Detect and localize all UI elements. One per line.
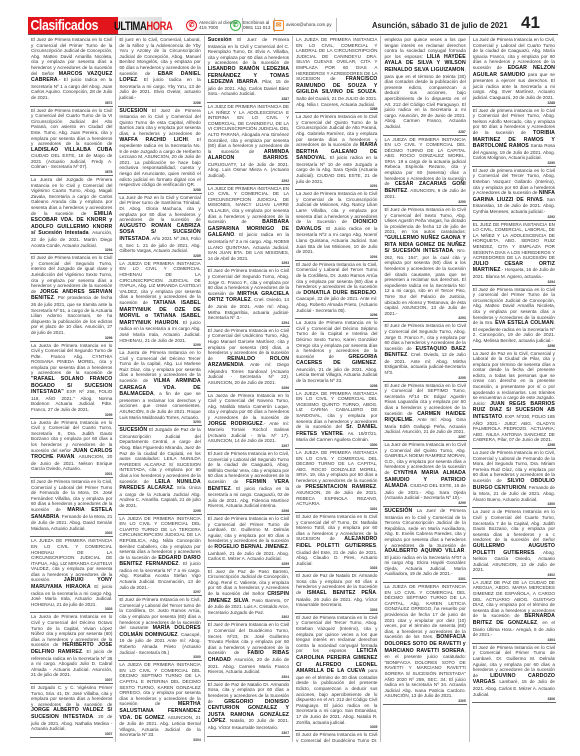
logo-hora: HORA (146, 19, 172, 33)
contact-email[interactable]: ✉ avisos@uhora.com.py (273, 17, 337, 33)
notice-code: 3303 (31, 607, 112, 611)
legal-notice: LA JUEZA DE PRIMERA INSTANCIA EN LO CIVI… (118, 260, 201, 349)
legal-notice: El Juez de Primera Instancia en lo Civil… (207, 515, 290, 568)
notice-code: 3301 (384, 577, 465, 581)
legal-notice: El Juzgado C. y C. Vigésimo Primer Turno… (30, 684, 113, 738)
legal-notice: El Juez de Primera Instancia en lo Civil… (30, 107, 113, 177)
legal-notice: La Jueza de Primera Instancia en lo Civi… (30, 419, 113, 478)
legal-notice: El Juez de Primera Instancia en lo Civil… (30, 254, 113, 341)
notice-code: 3286 (119, 101, 200, 105)
notice-text: para que en el término de 30 días contad… (296, 668, 377, 724)
legal-notice: La Juez a de Primera Instancia en lo Civ… (472, 508, 556, 579)
legal-notice: El Juez de Primera Instancia en lo Civil… (118, 596, 201, 661)
legal-notice: La Jueza de Primera Instancia en lo Civi… (118, 349, 201, 426)
legal-notice: La Juez de Paz en lo Civil y Comercial d… (118, 194, 201, 260)
legal-notice: LA JUEZA DE PRIMERA INSTANCIA EN LO CIVI… (295, 449, 378, 513)
notice-code: 3305 (296, 725, 377, 729)
notice-code: 3288 (119, 188, 200, 192)
notice-text: LA JUEZA DE PRIMERA INSTANCIA EN LO CIVI… (119, 261, 200, 305)
notice-code: 3287 (384, 130, 465, 134)
mail-icon: ✉ (273, 20, 284, 31)
notice-text: El Juzgado C. y C. Vigésimo Primer Turno… (31, 685, 112, 707)
column-3: Sucesión El Juez de Primera Instancia en… (205, 36, 293, 742)
legal-notice: El Juez de primera instancia en lo Civil… (472, 107, 556, 167)
column-4: LA JUEZA DE PRIMERA INSTANCIA EN LO CIVI… (293, 36, 381, 742)
notice-code: 3678 (31, 170, 112, 174)
notice-code: 3294 (296, 255, 377, 259)
decedent-name: LADISLAO VILLALBA CUBA (31, 147, 112, 153)
notice-lead: SUCESIÓN (384, 508, 412, 514)
notice-code: 3292 (208, 179, 289, 183)
legal-notice: El Juez de primera instancia en lo Civil… (472, 167, 556, 221)
notice-code: 3299 (31, 413, 112, 417)
legal-notice: El Juez de Primera Instancia en lo Civil… (207, 450, 290, 515)
notice-code: 3305 (384, 699, 465, 703)
legal-notice: El Juez de Primera Instancia en lo Civil… (383, 382, 466, 441)
legal-notice: La Juez de Primera Instancia en lo Civil… (295, 113, 378, 190)
notice-text: La Juez de Paz en lo Civil y Comercial d… (119, 195, 200, 222)
contact-email-value: avisos@uhora.com.py (286, 22, 332, 27)
legal-notice: empleza por quince veces a los que tenga… (383, 36, 466, 136)
notice-text: LA JUEZA DE PRIMERA INSTANCIA EN LO CIVI… (119, 516, 200, 560)
notice-text: EL JUEZ DE PRIMERA INSTANCIA EN LO CIVIL… (473, 222, 555, 261)
notice-columns: El Juez de Primera Instancia en lo Civil… (28, 36, 558, 742)
decedent-name: DONATILA DURE BERDEJO (303, 290, 376, 296)
legal-notice: El Juez de Primera Instancia en lo Civil… (207, 621, 290, 680)
legal-notice: Sucesión El Juez de Primera Instancia en… (207, 36, 290, 103)
notice-code: 3296 (296, 313, 377, 317)
notice-code: 3301 (31, 472, 112, 476)
notice-code: 3300 (119, 655, 200, 659)
legal-notice: La Juez de Primera Instancia en lo Civil… (295, 190, 378, 261)
divider (336, 18, 337, 32)
page-number: 41 (521, 13, 540, 33)
notice-code: 3290 (384, 200, 465, 204)
notice-text: , Nro. 262, No. 154", por la cual cita y… (384, 248, 465, 316)
notice-code: 3288 (296, 107, 377, 111)
legal-notice: LA JUEZ DE PAZ DE LA CIUDAD DE AREGUA, A… (472, 579, 556, 644)
notice-text: , para que en el término de treinta (30)… (384, 67, 465, 129)
legal-notice: El Juez de Primera Instancia en lo Civil… (295, 513, 378, 572)
notice-text: La Juez de Primera Instancia en lo Civil… (384, 508, 465, 548)
notice-lead: Sucesión (208, 37, 232, 43)
legal-notice: SUCESIÓN La Juez de Primera Instancia en… (383, 507, 466, 583)
page-header: Clasificados ULTIMAHORA ✆ Atención al cl… (0, 0, 580, 34)
legal-notice: LA JUEZA DE PRIMERA INSTANCIA EN LO CIVI… (295, 390, 378, 449)
legal-notice: El Juez de Primera Instancia en lo Civil… (472, 644, 556, 703)
notice-code: 3294 (473, 280, 555, 284)
contact-whatsapp-value: 0981 111 013 (243, 25, 270, 30)
legal-notice: LA JUEZA DE PRIMERA INSTANCIA EN LO CIVI… (383, 136, 466, 207)
legal-notice: La Jueza de Primera Instancia en lo Civi… (295, 319, 378, 390)
whatsapp-icon: ✆ (230, 20, 241, 31)
notice-code: 3297 (208, 444, 289, 448)
legal-notice: LA JUEZ DE PRIMERA INSTANCIA DE LA NIÑEZ… (207, 103, 290, 185)
legal-notice: El Juez de Paz de Natalio Dr. Armando So… (207, 681, 290, 737)
legal-notice: El Juez de Primera Instancia en lo Civil… (472, 286, 556, 350)
decedent-name: ROGELIO BERNAL JIMENEZ (214, 544, 287, 550)
notice-code: 3287 (208, 97, 289, 101)
notice-text: LA JUEZA DE PRIMERA INSTANCIA EN LO CIVI… (119, 662, 200, 706)
section-title: Clasificados (28, 17, 113, 34)
notice-code: 3299 (384, 501, 465, 505)
phone-icon: ✆ (186, 20, 197, 31)
notice-text: LA JUEZA DE PRIMERA INSTANCIA EN LO CIVI… (296, 37, 377, 81)
legal-notice: El Juez de Primera Instancia en lo Civil… (295, 614, 378, 731)
notice-code: 3297 (384, 435, 465, 439)
notice-text: . Por providencia de fecha 26 de julio 2… (31, 295, 112, 335)
notice-code: 3298 (473, 443, 555, 447)
notice-code: 3290 (473, 161, 555, 165)
column-2: El juez en lo Civil, Comercial, Laboral,… (116, 36, 204, 742)
legal-notice: El Juez de Primera Instancia en lo Civil… (207, 327, 290, 392)
legal-notice: SUCESIÓN El Juzgado de Paz de la Circuns… (118, 426, 201, 514)
notice-text: La Juez a de Primera Instancia en lo Civ… (473, 509, 555, 542)
notice-text: . El expediente radica en la Secretaría … (119, 137, 200, 188)
notice-text: El Juez de Primera Instancia en lo Civil… (384, 207, 465, 234)
legal-notice: La JUEZA DE PRIMERA INSTANCIA EN LO CIVI… (383, 583, 466, 705)
notice-code: 3290 (119, 343, 200, 347)
contact-phone-value: 415 7000 (199, 25, 218, 30)
legal-notice: El Juez de Primera Instancia en lo Civil… (207, 267, 290, 326)
notice-code: 3291 (296, 184, 377, 188)
notice-code: 3300 (296, 443, 377, 447)
legal-notice: La Jueza de Primera Instancia en lo Civi… (30, 613, 113, 684)
legal-notice: El Juez de Paz de Natalio Dr. Armando So… (295, 572, 378, 614)
decedent-name: WAFFA RACHID LICHI (119, 137, 188, 143)
notice-lead: SUCESION (119, 108, 147, 114)
notice-text: La Jueza de Primera Instancia en lo Civi… (31, 343, 112, 376)
logo-ultima: ULTIMA (114, 19, 146, 33)
notice-code: 3300 (473, 502, 555, 506)
notice-code: 3301 (296, 507, 377, 511)
legal-notice: SUCESION El Juez de Primera Instancia en… (118, 107, 201, 194)
notice-code: 3297 (119, 590, 200, 594)
notice-code: 3672 (31, 101, 112, 105)
notice-code: 3303 (296, 566, 377, 570)
notice-text: CIUDAD DEL ESTE, 18 de Mayo de 2021 (Act… (31, 153, 112, 169)
legal-notice: La Juez de Primera Instancia en lo Civil… (472, 36, 556, 107)
notice-text: El Juzgado de Paz de la Circunscripción … (119, 427, 200, 483)
notice-text: El Juez de Primera Instancia en lo Civil… (31, 108, 112, 147)
notice-code: 3289 (119, 254, 200, 258)
notice-text: , en el presente juicio caratulado: "BON… (384, 648, 465, 699)
decedent-name: EVA ESTELA COLMAN (495, 320, 554, 326)
legal-notice: El Juez de Paz de Paso Barreto, Circunsc… (207, 568, 290, 622)
notice-code: 3302 (473, 573, 555, 577)
decedent-name: ADALBERTO AQUINO VILLAR (384, 548, 464, 554)
notice-text: La Jueza de Primera Instancia en lo Civi… (208, 393, 289, 420)
decedent-name: PRESENTACION RAMIREZ (305, 484, 376, 490)
notice-code: 3302 (31, 531, 112, 535)
notice-text: La Juez de Paz en lo Civil, Comercial y … (473, 351, 555, 406)
legal-notice: LA JUEZ DE PRIMERA INSTANCIA EN LO CIVIL… (207, 185, 290, 268)
column-6: La Juez de Primera Instancia en lo Civil… (470, 36, 558, 742)
notice-text: El Juez de Primera Instancia en lo Civil… (296, 732, 377, 742)
notice-text: LA JUEZA DE PRIMERA INSTANCIA EN LO CIVI… (384, 137, 465, 187)
column-1: El Juez de Primera Instancia en lo Civil… (28, 36, 116, 742)
legal-notice: El Juez de Primera Instancia en lo Civil… (30, 478, 113, 537)
notice-code: 3293 (119, 420, 200, 424)
legal-notice: La Jueza de Primera Instancia en lo Civi… (30, 342, 113, 419)
legal-notice: La Juez de Primera Instancia en lo Civil… (383, 441, 466, 507)
notice-code: 3295 (119, 509, 200, 513)
notice-code: 3306 (473, 697, 555, 701)
notice-code: 3298 (296, 384, 377, 388)
notice-text: La JUEZA DE PRIMERA INSTANCIA EN LO CIVI… (384, 584, 465, 639)
notice-code: 3304 (473, 638, 555, 642)
classifieds-page: Clasificados ULTIMAHORA ✆ Atención al cl… (0, 0, 580, 756)
notice-code: 3303 (296, 608, 377, 612)
notice-text: LA JUEZA DE PRIMERA INSTANCIA EN LO CIVI… (31, 538, 112, 582)
notice-lead: SUCESIÓN (119, 427, 147, 433)
legal-notice: LA JUEZA DE PRIMERA INSTANCIA EN LO CIVI… (295, 36, 378, 113)
notice-code: 3307 (31, 732, 112, 736)
legal-notice: LA JUEZA DE PRIMERA INSTANCIA EN LO CIVI… (118, 515, 201, 597)
notice-code: 3296 (31, 336, 112, 340)
notice-code: 3294 (208, 321, 289, 325)
notice-code: 3304 (208, 675, 289, 679)
notice-code: 3288 (473, 101, 555, 105)
legal-notice: El Juez de Primera Instancia en lo Civil… (30, 36, 113, 107)
legal-notice: El Juez de Primera Instancia en lo Civil… (383, 206, 466, 322)
legal-notice: La Jueza de Primera Instancia en lo Civi… (207, 392, 290, 450)
newspaper-logo[interactable]: ULTIMAHORA (114, 19, 172, 33)
legal-notice: El juez en lo Civil, Comercial, Laboral,… (118, 36, 201, 107)
notice-code: 3304 (119, 738, 200, 742)
column-5: empleza por quince veces a los que tenga… (381, 36, 469, 742)
notice-code: 3293 (208, 261, 289, 265)
notice-code: 3294 (31, 248, 112, 252)
decedent-name: ISMAEL BENITEZ PEÑA (307, 590, 376, 596)
dateline: Asunción, sábado 31 de julio de 2021 (372, 20, 508, 30)
header-rule (28, 34, 558, 35)
notice-code: 3299 (208, 562, 289, 566)
legal-notice: El Juez de Primera Instancia en lo Civil… (295, 261, 378, 319)
legal-notice: La Juez de Primera Instancia en lo Civil… (472, 449, 556, 508)
legal-notice: LA JUEZA DE PRIMERA INSTANCIA EN LO CIVI… (118, 661, 201, 742)
notice-code: 3293 (384, 316, 465, 320)
legal-notice: El Juez de Primera Instancia en lo Civil… (295, 731, 378, 742)
decedent-name: JORGE RODRIGUEZ (208, 421, 263, 427)
notice-code: 3302 (208, 615, 289, 619)
notice-code: 3296 (473, 344, 555, 348)
contact-whatsapp[interactable]: ✆ Escríbinos al0981 111 013 (230, 17, 275, 33)
legal-notice: La Juez de Paz en lo Civil, Comercial y … (472, 350, 556, 450)
legal-notice: El Juez de Primera Instancia en lo Civil… (383, 322, 466, 381)
notice-code: 3292 (473, 215, 555, 219)
legal-notice: LA JUEZA DE PRIMERA INSTANCIA EN LO CIVI… (30, 537, 113, 613)
legal-notice: EL JUEZ DE PRIMERA INSTANCIA EN LO CIVIL… (472, 221, 556, 286)
legal-notice: La Jueza del Juzgado de Primera Instanci… (30, 176, 113, 254)
notice-text: LA JUEZ DE PRIMERA INSTANCIA DE LA NIÑEZ… (208, 104, 289, 154)
notice-code: 3307 (31, 678, 112, 682)
notice-code: 3298 (208, 509, 289, 513)
notice-code: 3307 (208, 731, 289, 735)
notice-code: 3295 (384, 376, 465, 380)
notice-code: 3296 (208, 386, 289, 390)
